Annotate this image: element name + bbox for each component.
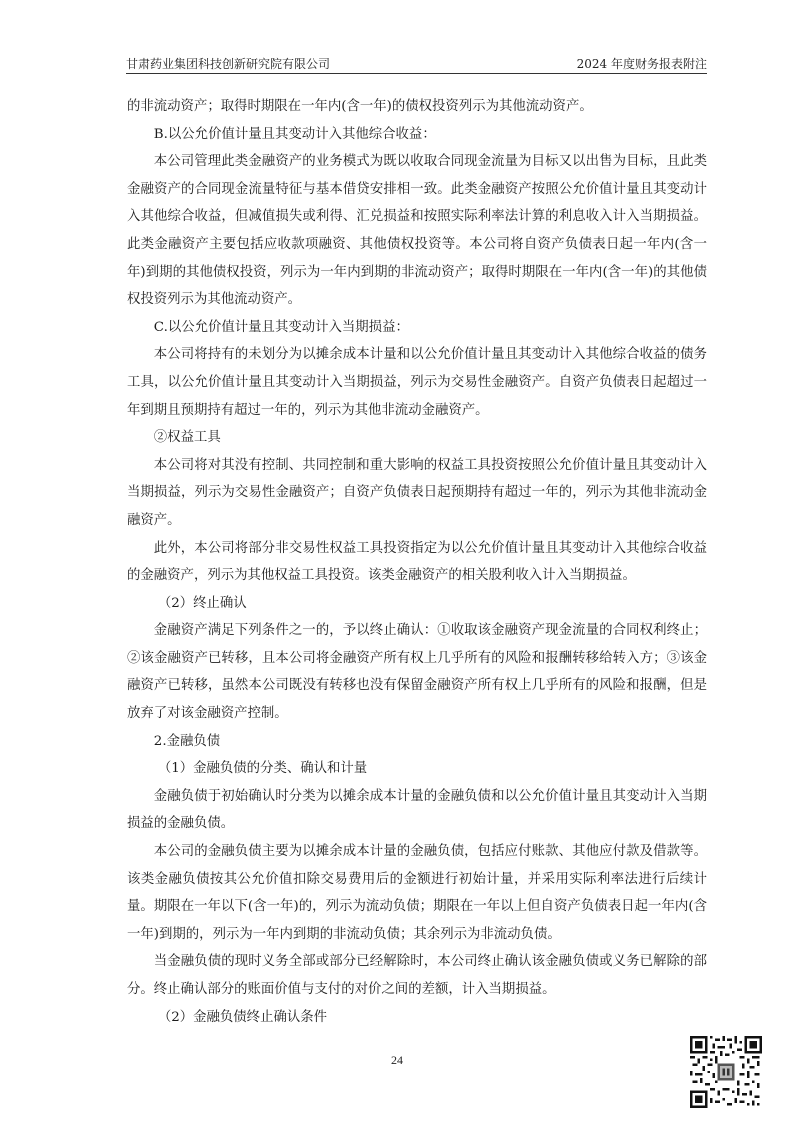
page-header: 甘肃药业集团科技创新研究院有限公司 2024 年度财务报表附注 [126,55,707,74]
paragraph-continuation: 的非流动资产；取得时期限在一年内(含一年)的债权投资列示为其他流动资产。 [127,93,707,121]
section-heading-financial-liabilities: 2.金融负债 [127,728,707,756]
paragraph: 本公司将持有的未划分为以摊余成本计量和以公允价值计量且其变动计入其他综合收益的债… [127,341,707,424]
section-heading-c: C.以公允价值计量且其变动计入当期损益： [127,314,707,342]
section-heading-b: B.以公允价值计量且其变动计入其他综合收益： [127,121,707,149]
paragraph: 本公司将对其没有控制、共同控制和重大影响的权益工具投资按照公允价值计量且其变动计… [127,452,707,535]
section-heading-liability-derecognition: （2）金融负债终止确认条件 [127,1004,707,1032]
qr-code-icon [690,1036,762,1108]
paragraph: 此外，本公司将部分非交易性权益工具投资指定为以公允价值计量且其变动计入其他综合收… [127,535,707,590]
report-title: 2024 年度财务报表附注 [577,56,707,72]
paragraph: 本公司管理此类金融资产的业务模式为既以收取合同现金流量为目标又以出售为目标，且此… [127,148,707,314]
document-body: 的非流动资产；取得时期限在一年内(含一年)的债权投资列示为其他流动资产。 B.以… [127,93,707,1031]
section-heading-equity-instruments: ②权益工具 [127,424,707,452]
company-name: 甘肃药业集团科技创新研究院有限公司 [126,56,330,72]
paragraph: 金融资产满足下列条件之一的，予以终止确认：①收取该金融资产现金流量的合同权利终止… [127,617,707,727]
paragraph: 当金融负债的现时义务全部或部分已经解除时，本公司终止确认该金融负债或义务已解除的… [127,948,707,1003]
paragraph: 金融负债于初始确认时分类为以摊余成本计量的金融负债和以公允价值计量且其变动计入当… [127,783,707,838]
paragraph: 本公司的金融负债主要为以摊余成本计量的金融负债，包括应付账款、其他应付款及借款等… [127,838,707,948]
section-heading-derecognition: （2）终止确认 [127,590,707,618]
page-number: 24 [0,1053,794,1068]
section-heading-classification: （1）金融负债的分类、确认和计量 [127,755,707,783]
